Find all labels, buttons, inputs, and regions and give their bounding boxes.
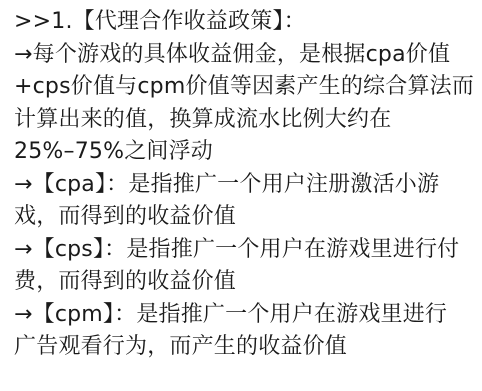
document-heading: >>1.【代理合作收益政策】： xyxy=(14,6,482,39)
commission-description-line-4: 25%–75%之间浮动 xyxy=(14,136,482,169)
commission-description-line-3: 计算出来的值，换算成流水比例大约在 xyxy=(14,104,482,137)
cpa-definition-line-1: →【cpa】：是指推广一个用户注册激活小游 xyxy=(14,169,482,202)
cps-definition-line-1: →【cps】：是指推广一个用户在游戏里进行付 xyxy=(14,234,482,267)
cpm-definition-line-1: →【cpm】：是指推广一个用户在游戏里进行 xyxy=(14,299,482,332)
policy-document: >>1.【代理合作收益政策】： →每个游戏的具体收益佣金，是根据cpa价值 +c… xyxy=(14,6,482,364)
commission-description-line-2: +cps价值与cpm价值等因素产生的综合算法而 xyxy=(14,71,482,104)
cpm-definition-line-2: 广告观看行为，而产生的收益价值 xyxy=(14,331,482,364)
cps-definition-line-2: 费，而得到的收益价值 xyxy=(14,266,482,299)
cpa-definition-line-2: 戏，而得到的收益价值 xyxy=(14,201,482,234)
commission-description-line-1: →每个游戏的具体收益佣金，是根据cpa价值 xyxy=(14,39,482,72)
